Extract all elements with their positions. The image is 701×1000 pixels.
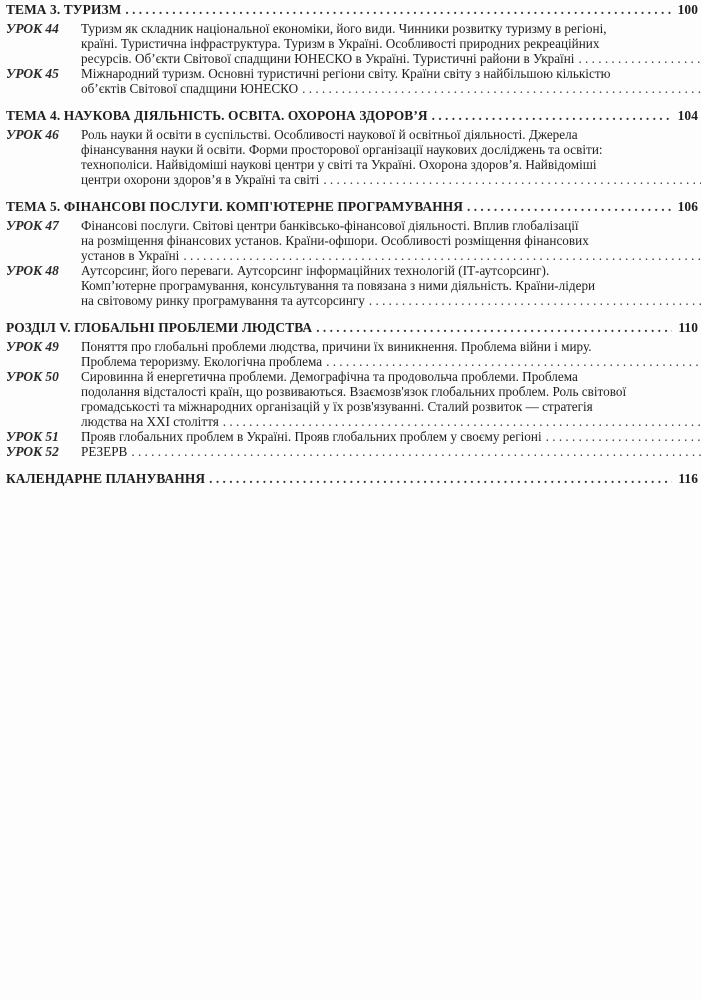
lesson-last-line: ресурсів. Об’єкти Світової спадщини ЮНЕС… (81, 51, 701, 66)
lesson-text-line: Сировинна й енергетична проблеми. Демогр… (81, 369, 701, 384)
toc-section: КАЛЕНДАРНЕ ПЛАНУВАННЯ 116 (6, 471, 698, 487)
lesson-entry[interactable]: УРОК 48 Аутсорсинг, його переваги. Аутсо… (6, 263, 698, 308)
section-title: ТЕМА 4. НАУКОВА ДІЯЛЬНІСТЬ. ОСВІТА. ОХОР… (6, 108, 428, 124)
lesson-list: УРОК 44 Туризм як складник національної … (6, 21, 698, 96)
lesson-entry[interactable]: УРОК 51 Прояв глобальних проблем в Украї… (6, 429, 698, 444)
lesson-label: УРОК 45 (6, 66, 81, 81)
lesson-text-line: технополіси. Найвідоміші наукові центри … (81, 157, 701, 172)
dot-leader (125, 2, 672, 18)
lesson-last-line: Прояв глобальних проблем в Україні. Проя… (81, 429, 701, 444)
lesson-last-line: на світовому ринку програмування та аутс… (81, 293, 701, 308)
lesson-lines: Міжнародний туризм. Основні туристичні р… (81, 66, 701, 81)
section-title: РОЗДІЛ V. ГЛОБАЛЬНІ ПРОБЛЕМИ ЛЮДСТВА (6, 320, 312, 336)
lesson-description: Поняття про глобальні проблеми людства, … (81, 339, 701, 369)
dot-leader (546, 429, 701, 444)
section-page-number: 100 (676, 2, 698, 18)
section-page-number: 110 (676, 320, 698, 336)
dot-leader (131, 444, 701, 459)
lesson-list: УРОК 46 Роль науки й освіти в суспільств… (6, 127, 698, 187)
toc-section: РОЗДІЛ V. ГЛОБАЛЬНІ ПРОБЛЕМИ ЛЮДСТВА 110… (6, 320, 698, 459)
lesson-last-line-text: людства на XXI століття (81, 414, 219, 429)
lesson-text-line: фінансування науки й освіти. Форми прост… (81, 142, 701, 157)
toc-section: ТЕМА 3. ТУРИЗМ 100 УРОК 44 Туризм як скл… (6, 2, 698, 96)
lesson-description: Аутсорсинг, його переваги. Аутсорсинг ін… (81, 263, 701, 308)
lesson-last-line: Проблема тероризму. Екологічна проблема … (81, 354, 701, 369)
section-title: ТЕМА 3. ТУРИЗМ (6, 2, 121, 18)
lesson-label: УРОК 50 (6, 369, 81, 384)
lesson-text-line: Фінансові послуги. Світові центри банків… (81, 218, 701, 233)
lesson-list: УРОК 47 Фінансові послуги. Світові центр… (6, 218, 698, 308)
section-heading[interactable]: ТЕМА 5. ФІНАНСОВІ ПОСЛУГИ. КОМП'ЮТЕРНЕ П… (6, 199, 698, 215)
lesson-lines: Аутсорсинг, його переваги. Аутсорсинг ін… (81, 263, 701, 293)
section-heading[interactable]: КАЛЕНДАРНЕ ПЛАНУВАННЯ 116 (6, 471, 698, 487)
lesson-text-line: Міжнародний туризм. Основні туристичні р… (81, 66, 701, 81)
dot-leader (209, 471, 672, 487)
lesson-label: УРОК 49 (6, 339, 81, 354)
section-title: КАЛЕНДАРНЕ ПЛАНУВАННЯ (6, 471, 205, 487)
lesson-list: УРОК 49 Поняття про глобальні проблеми л… (6, 339, 698, 459)
lesson-lines: Поняття про глобальні проблеми людства, … (81, 339, 701, 354)
lesson-text-line: подолання відсталості країн, що розвиваю… (81, 384, 701, 399)
lesson-label: УРОК 52 (6, 444, 81, 459)
lesson-text-line: Туризм як складник національної економік… (81, 21, 701, 36)
lesson-text-line: Роль науки й освіти в суспільстві. Особл… (81, 127, 701, 142)
dot-leader (369, 293, 701, 308)
lesson-label: УРОК 51 (6, 429, 81, 444)
dot-leader (302, 81, 701, 96)
toc-section: ТЕМА 5. ФІНАНСОВІ ПОСЛУГИ. КОМП'ЮТЕРНЕ П… (6, 199, 698, 308)
lesson-description: Міжнародний туризм. Основні туристичні р… (81, 66, 701, 96)
section-title: ТЕМА 5. ФІНАНСОВІ ПОСЛУГИ. КОМП'ЮТЕРНЕ П… (6, 199, 463, 215)
lesson-last-line-text: ресурсів. Об’єкти Світової спадщини ЮНЕС… (81, 51, 574, 66)
lesson-label: УРОК 47 (6, 218, 81, 233)
lesson-description: Прояв глобальних проблем в Україні. Проя… (81, 429, 701, 444)
section-page-number: 106 (676, 199, 698, 215)
lesson-last-line-text: центри охорони здоров’я в Україні та сві… (81, 172, 319, 187)
dot-leader (578, 51, 701, 66)
lesson-last-line-text: Проблема тероризму. Екологічна проблема (81, 354, 322, 369)
lesson-text-line: Поняття про глобальні проблеми людства, … (81, 339, 701, 354)
dot-leader (326, 354, 701, 369)
dot-leader (432, 108, 672, 124)
lesson-entry[interactable]: УРОК 50 Сировинна й енергетична проблеми… (6, 369, 698, 429)
lesson-lines: Фінансові послуги. Світові центри банків… (81, 218, 701, 248)
lesson-lines: Туризм як складник національної економік… (81, 21, 701, 51)
section-heading[interactable]: ТЕМА 4. НАУКОВА ДІЯЛЬНІСТЬ. ОСВІТА. ОХОР… (6, 108, 698, 124)
lesson-last-line: РЕЗЕРВ 115 (81, 444, 701, 459)
lesson-label: УРОК 44 (6, 21, 81, 36)
lesson-last-line: центри охорони здоров’я в Україні та сві… (81, 172, 701, 187)
section-heading[interactable]: РОЗДІЛ V. ГЛОБАЛЬНІ ПРОБЛЕМИ ЛЮДСТВА 110 (6, 320, 698, 336)
table-of-contents: ТЕМА 3. ТУРИЗМ 100 УРОК 44 Туризм як скл… (6, 2, 698, 499)
lesson-lines: Сировинна й енергетична проблеми. Демогр… (81, 369, 701, 414)
lesson-last-line-text: РЕЗЕРВ (81, 444, 127, 459)
lesson-last-line-text: Прояв глобальних проблем в Україні. Проя… (81, 429, 542, 444)
section-heading[interactable]: ТЕМА 3. ТУРИЗМ 100 (6, 2, 698, 18)
lesson-entry[interactable]: УРОК 45 Міжнародний туризм. Основні тури… (6, 66, 698, 96)
toc-section: ТЕМА 4. НАУКОВА ДІЯЛЬНІСТЬ. ОСВІТА. ОХОР… (6, 108, 698, 187)
lesson-description: Фінансові послуги. Світові центри банків… (81, 218, 701, 263)
dot-leader (223, 414, 701, 429)
dot-leader (183, 248, 701, 263)
lesson-description: Роль науки й освіти в суспільстві. Особл… (81, 127, 701, 187)
section-page-number: 104 (676, 108, 698, 124)
lesson-text-line: Комп’ютерне програмування, консультуванн… (81, 278, 701, 293)
lesson-text-line: громадськості та міжнародних організацій… (81, 399, 701, 414)
lesson-description: Сировинна й енергетична проблеми. Демогр… (81, 369, 701, 429)
lesson-lines: Роль науки й освіти в суспільстві. Особл… (81, 127, 701, 172)
lesson-text-line: на розміщення фінансових установ. Країни… (81, 233, 701, 248)
lesson-description: РЕЗЕРВ 115 (81, 444, 701, 459)
lesson-last-line: об’єктів Світової спадщини ЮНЕСКО 102 (81, 81, 701, 96)
lesson-text-line: Аутсорсинг, його переваги. Аутсорсинг ін… (81, 263, 701, 278)
lesson-entry[interactable]: УРОК 44 Туризм як складник національної … (6, 21, 698, 66)
lesson-label: УРОК 46 (6, 127, 81, 142)
lesson-description: Туризм як складник національної економік… (81, 21, 701, 66)
lesson-label: УРОК 48 (6, 263, 81, 278)
lesson-entry[interactable]: УРОК 49 Поняття про глобальні проблеми л… (6, 339, 698, 369)
lesson-entry[interactable]: УРОК 47 Фінансові послуги. Світові центр… (6, 218, 698, 263)
lesson-entry[interactable]: УРОК 46 Роль науки й освіти в суспільств… (6, 127, 698, 187)
lesson-entry[interactable]: УРОК 52 РЕЗЕРВ 115 (6, 444, 698, 459)
lesson-last-line-text: на світовому ринку програмування та аутс… (81, 293, 365, 308)
lesson-last-line: установ в Україні 106 (81, 248, 701, 263)
dot-leader (467, 199, 672, 215)
lesson-last-line: людства на XXI століття 112 (81, 414, 701, 429)
dot-leader (323, 172, 701, 187)
lesson-text-line: країні. Туристична інфраструктура. Туриз… (81, 36, 701, 51)
dot-leader (316, 320, 672, 336)
lesson-last-line-text: об’єктів Світової спадщини ЮНЕСКО (81, 81, 298, 96)
lesson-last-line-text: установ в Україні (81, 248, 179, 263)
section-page-number: 116 (676, 471, 698, 487)
